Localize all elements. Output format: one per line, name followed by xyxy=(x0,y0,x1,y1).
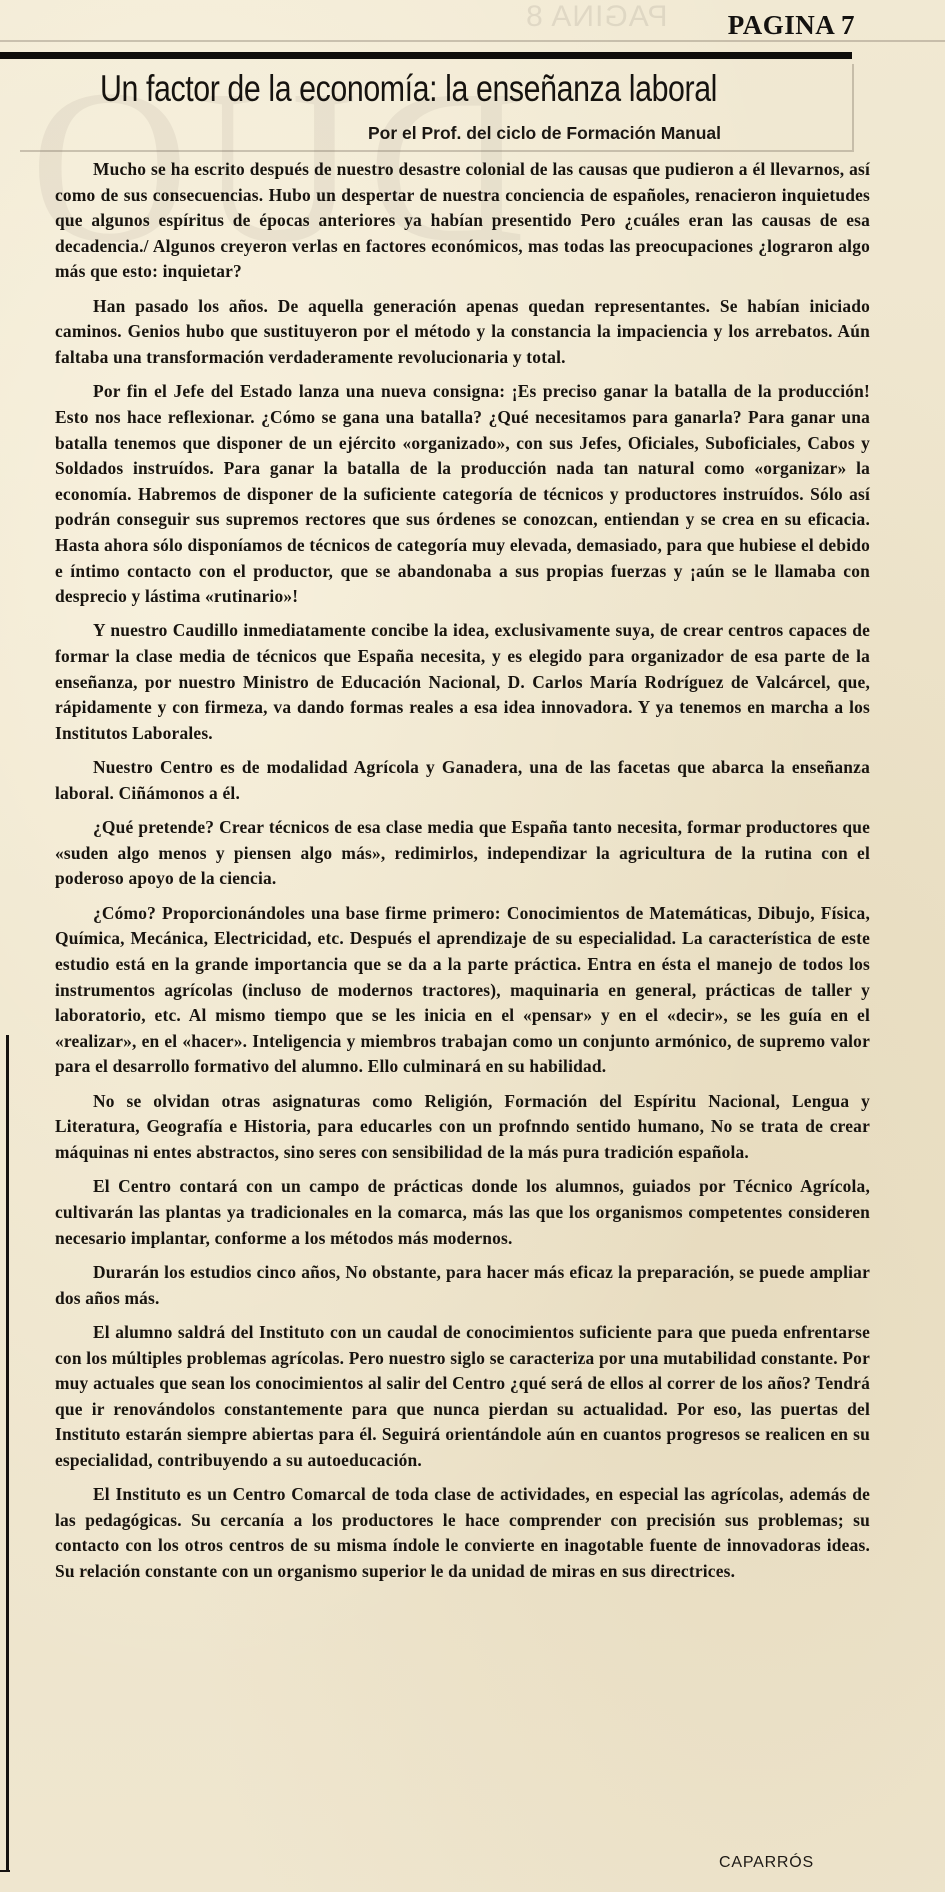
article-byline: Por el Prof. del ciclo de Formación Manu… xyxy=(368,123,721,144)
paragraph-7: ¿Cómo? Proporcionándoles una base firme … xyxy=(55,901,870,1080)
paragraph-12: El Instituto es un Centro Comarcal de to… xyxy=(55,1482,870,1584)
paragraph-3: Por fin el Jefe del Estado lanza una nue… xyxy=(55,379,870,609)
paragraph-1: Mucho se ha escrito después de nuestro d… xyxy=(55,157,870,285)
paragraph-6: ¿Qué pretende? Crear técnicos de esa cla… xyxy=(55,815,870,892)
paragraph-4: Y nuestro Caudillo inmediatamente concib… xyxy=(55,618,870,746)
left-column-border xyxy=(6,1035,9,1872)
paragraph-5: Nuestro Centro es de modalidad Agrícola … xyxy=(55,755,870,806)
header-thin-rule xyxy=(0,40,945,42)
article-title: Un factor de la economía: la enseñanza l… xyxy=(100,68,707,110)
paragraph-9: El Centro contará con un campo de prácti… xyxy=(55,1174,870,1251)
page-number-label: PAGINA 7 xyxy=(728,10,855,41)
paragraph-11: El alumno saldrá del Instituto con un ca… xyxy=(55,1320,870,1474)
paragraph-2: Han pasado los años. De aquella generaci… xyxy=(55,294,870,371)
paragraph-8: No se olvidan otras asignaturas como Rel… xyxy=(55,1089,870,1166)
header-thick-rule xyxy=(0,52,852,59)
paragraph-10: Durarán los estudios cinco años, No obst… xyxy=(55,1260,870,1311)
author-signature: CAPARRÓS xyxy=(719,1854,814,1872)
article-body: Mucho se ha escrito después de nuestro d… xyxy=(55,157,870,1593)
bleed-through-header: PAGINA 8 xyxy=(505,0,945,30)
left-column-border-foot xyxy=(0,1870,10,1872)
